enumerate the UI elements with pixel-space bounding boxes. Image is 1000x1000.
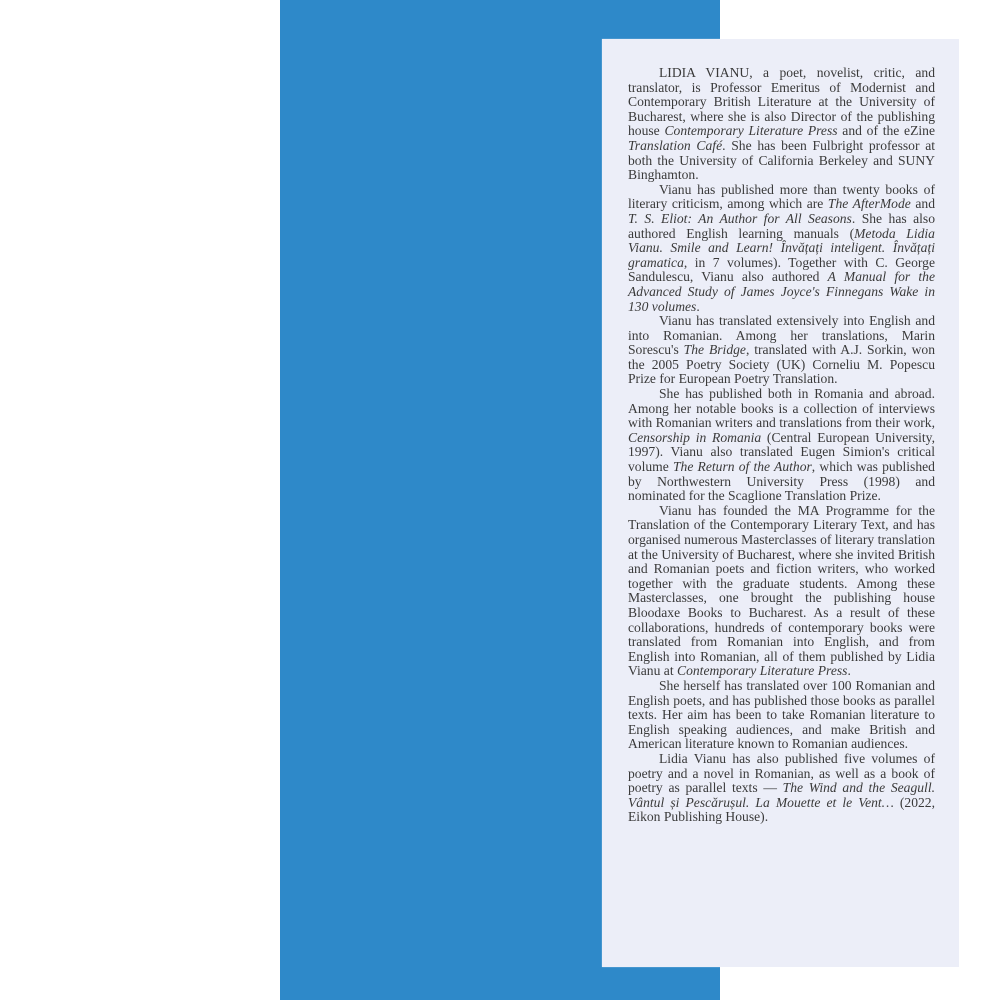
text-segment: and [911, 196, 935, 211]
paragraph-publications-abroad: She has published both in Romania and ab… [628, 387, 935, 504]
text-segment: Vianu has founded the MA Programme for t… [628, 503, 935, 679]
biography-card: LIDIA VIANU, a poet, novelist, critic, a… [602, 39, 959, 967]
text-segment: and of the eZine [838, 123, 935, 138]
italic-title: Contemporary Literature Press [664, 123, 837, 138]
paragraph-criticism: Vianu has published more than twenty boo… [628, 183, 935, 314]
italic-title: T. S. Eliot: An Author for All Seasons [628, 211, 852, 226]
italic-title: The AfterMode [828, 196, 911, 211]
blue-cover-panel: LIDIA VIANU, a poet, novelist, critic, a… [280, 0, 720, 1000]
italic-title: Contemporary Literature Press [677, 663, 847, 678]
text-segment: She herself has translated over 100 Roma… [628, 678, 935, 751]
italic-title: The Return of the Author [673, 459, 812, 474]
biography-text: LIDIA VIANU, a poet, novelist, critic, a… [628, 66, 935, 825]
paragraph-parallel-texts: She herself has translated over 100 Roma… [628, 679, 935, 752]
page: LIDIA VIANU, a poet, novelist, critic, a… [0, 0, 1000, 1000]
text-segment: She has published both in Romania and ab… [628, 386, 935, 430]
italic-title: Translation Café [628, 138, 722, 153]
text-segment: . [847, 663, 850, 678]
paragraph-translations: Vianu has translated extensively into En… [628, 314, 935, 387]
paragraph-poetry: Lidia Vianu has also published five volu… [628, 752, 935, 825]
paragraph-intro: LIDIA VIANU, a poet, novelist, critic, a… [628, 66, 935, 183]
text-segment: . [696, 299, 699, 314]
italic-title: The Bridge [684, 342, 746, 357]
italic-title: Censorship in Romania [628, 430, 761, 445]
paragraph-ma-programme: Vianu has founded the MA Programme for t… [628, 504, 935, 679]
